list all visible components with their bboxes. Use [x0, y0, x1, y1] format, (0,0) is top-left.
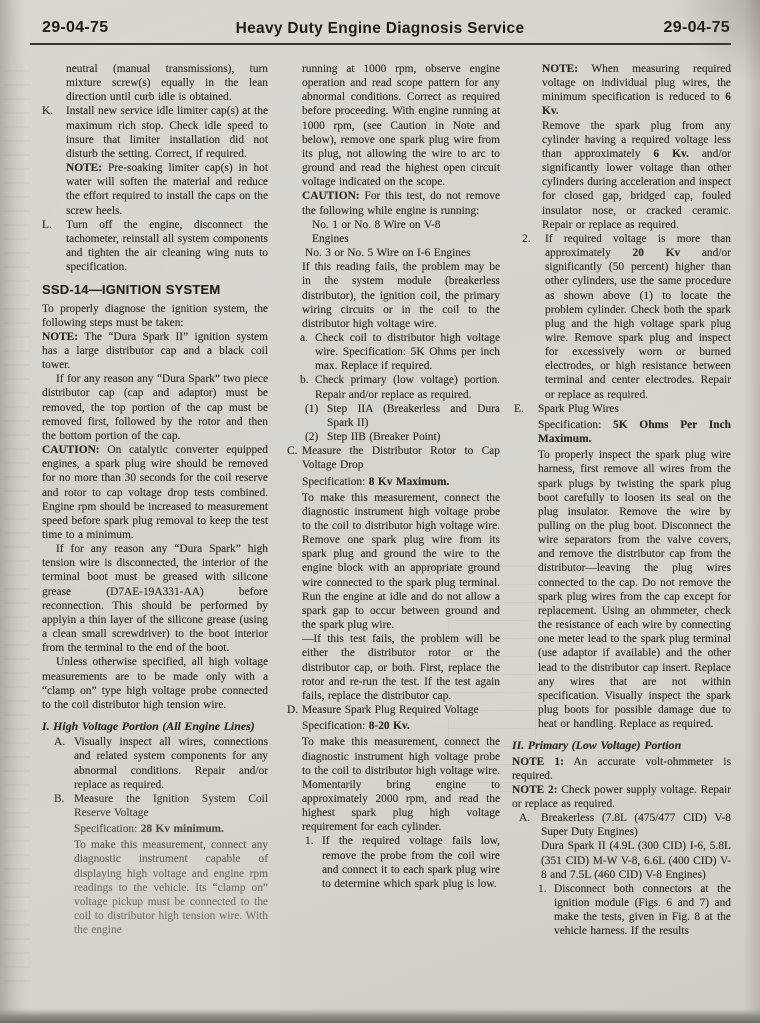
- text-run: —If this test fails, the problem will be…: [302, 633, 500, 702]
- text-run: Measure the Ignition System Coil Reserve…: [74, 793, 268, 819]
- item-label: 2.: [522, 232, 531, 246]
- text-run: Spark Plug Wires: [538, 403, 619, 415]
- text-run: Step IIB (Breaker Point): [327, 431, 440, 443]
- item-label: a.: [300, 331, 308, 345]
- list-item: K.Install new service idle limiter cap(s…: [66, 104, 268, 161]
- text-run: No. 1 or No. 8 Wire on V-8Engines: [312, 219, 441, 245]
- text-run: NOTE 2: Check power supply voltage. Repa…: [512, 784, 731, 810]
- item-label: B.: [54, 792, 64, 806]
- paragraph: CAUTION: On catalytic converter equipped…: [42, 443, 268, 542]
- text-run: Specification: 8 Kv Maximum.: [302, 476, 449, 488]
- text-run: If required voltage is more than approxi…: [545, 233, 731, 401]
- list-item: C.Measure the Distributor Rotor to Cap V…: [302, 444, 500, 472]
- text-run: running at 1000 rpm, observe engine oper…: [302, 63, 500, 188]
- list-item: E.Spark Plug Wires: [538, 402, 731, 416]
- bleed-through-ghost-left: [4, 70, 30, 990]
- paragraph: To make this measurement, connect the di…: [302, 491, 500, 633]
- list-item: b.Check primary (low voltage) portion. R…: [315, 373, 500, 401]
- section-heading: SSD-14—IGNITION SYSTEM: [42, 283, 268, 297]
- subsection-heading: I. High Voltage Portion (All Engine Line…: [42, 719, 268, 733]
- paragraph: No. 1 or No. 8 Wire on V-8Engines: [312, 218, 500, 246]
- text-run: NOTE: The “Dura Spark II” ignition syste…: [42, 331, 268, 371]
- paragraph: Specification: 8 Kv Maximum.: [302, 475, 500, 489]
- list-item: a.Check coil to distributor high voltage…: [315, 331, 500, 373]
- text-run: Step IIA (Breakerless and Dura Spark II): [327, 403, 500, 429]
- text-run: If for any reason any “Dura Spark” high …: [42, 543, 268, 654]
- text-run: To make this measurement, connect any di…: [74, 839, 268, 936]
- text-run: Visually inspect all wires, connections …: [74, 736, 268, 790]
- paragraph: NOTE: The “Dura Spark II” ignition syste…: [42, 330, 268, 372]
- text-run: To make this measurement, connect the di…: [302, 492, 500, 631]
- list-item: A.Breakerless (7.8L (475/477 CID) V-8 Su…: [541, 811, 731, 839]
- text-run: If the required voltage fails low, remov…: [322, 835, 500, 889]
- item-label: (2): [305, 430, 318, 444]
- paragraph: NOTE 2: Check power supply voltage. Repa…: [512, 783, 731, 811]
- header-rule: [30, 43, 731, 45]
- list-item: (2)Step IIB (Breaker Point): [327, 430, 500, 444]
- text-run: Check coil to distributor high voltage w…: [315, 332, 500, 372]
- item-label: E.: [514, 402, 524, 416]
- item-label: C.: [287, 444, 297, 458]
- paragraph: If for any reason any “Dura Spark” high …: [42, 542, 268, 655]
- page-header: 29-04-75 Heavy Duty Engine Diagnosis Ser…: [0, 17, 760, 43]
- paragraph: CAUTION: For this test, do not remove th…: [302, 189, 500, 217]
- text-run: NOTE: When measuring required voltage on…: [542, 63, 731, 117]
- list-item: L.Turn off the engine, disconnect the ta…: [66, 218, 268, 275]
- text-run: Check primary (low voltage) portion. Rep…: [315, 374, 500, 400]
- list-item: (1)Step IIA (Breakerless and Dura Spark …: [327, 402, 500, 430]
- text-run: Install new service idle limiter cap(s) …: [66, 105, 268, 159]
- paragraph: To properly diagnose the ignition system…: [42, 302, 268, 330]
- list-item: 2.If required voltage is more than appro…: [545, 232, 731, 402]
- page-title: Heavy Duty Engine Diagnosis Service: [0, 20, 760, 38]
- text-run: To make this measurement, connect the di…: [302, 736, 500, 833]
- text-run: SSD-14—IGNITION SYSTEM: [42, 282, 220, 297]
- text-run: Unless otherwise specified, all high vol…: [42, 656, 268, 710]
- text-run: To properly inspect the spark plug wire …: [538, 449, 731, 730]
- text-run: I. High Voltage Portion (All Engine Line…: [42, 719, 255, 733]
- item-label: K.: [42, 104, 53, 118]
- text-run: If for any reason any “Dura Spark” two p…: [42, 373, 268, 442]
- paragraph: neutral (manual transmissions), turn mix…: [66, 62, 268, 104]
- column-2: running at 1000 rpm, observe engine oper…: [287, 62, 500, 891]
- paragraph: Specification: 8-20 Kv.: [302, 719, 500, 733]
- text-run: II. Primary (Low Voltage) Portion: [512, 738, 681, 752]
- text-run: Measure the Distributor Rotor to Cap Vol…: [302, 445, 500, 471]
- paragraph: NOTE: When measuring required voltage on…: [542, 62, 731, 119]
- paragraph: —If this test fails, the problem will be…: [302, 632, 500, 703]
- text-run: NOTE 1: An accurate volt-ohmmeter is req…: [512, 756, 731, 782]
- paragraph: To properly inspect the spark plug wire …: [538, 448, 731, 731]
- text-run: CAUTION: On catalytic converter equipped…: [42, 444, 268, 541]
- text-run: To properly diagnose the ignition system…: [42, 303, 268, 329]
- page-code-right: 29-04-75: [664, 19, 730, 37]
- paragraph: If this reading fails, the problem may b…: [302, 260, 500, 331]
- item-label: A.: [54, 735, 65, 749]
- text-run: Dura Spark II (4.9L (300 CID) I-6, 5.8L …: [541, 840, 731, 880]
- text-run: Breakerless (7.8L (475/477 CID) V-8 Supe…: [541, 812, 731, 838]
- text-run: Turn off the engine, disconnect the tach…: [66, 219, 268, 273]
- paragraph: Specification: 28 Kv minimum.: [74, 822, 268, 836]
- item-label: 1.: [538, 882, 547, 896]
- paragraph: Specification: 5K Ohms Per Inch Maximum.: [538, 418, 731, 446]
- text-run: Specification: 5K Ohms Per Inch Maximum.: [538, 419, 731, 445]
- column-1: neutral (manual transmissions), turn mix…: [42, 62, 268, 937]
- text-run: Specification: 8-20 Kv.: [302, 720, 410, 732]
- scan-shadow-right: [744, 0, 760, 1023]
- paragraph: If for any reason any “Dura Spark” two p…: [42, 372, 268, 443]
- paragraph: To make this measurement, connect the di…: [302, 735, 500, 834]
- item-label: L.: [42, 218, 52, 232]
- manual-page: 29-04-75 Heavy Duty Engine Diagnosis Ser…: [0, 0, 760, 1023]
- paragraph: Dura Spark II (4.9L (300 CID) I-6, 5.8L …: [541, 839, 731, 881]
- text-run: CAUTION: For this test, do not remove th…: [302, 190, 500, 216]
- list-item: A.Visually inspect all wires, connection…: [74, 735, 268, 792]
- item-label: 1.: [305, 834, 314, 848]
- list-item: D.Measure Spark Plug Required Voltage: [302, 703, 500, 717]
- paragraph: No. 3 or No. 5 Wire on I-6 Engines: [305, 246, 500, 260]
- text-run: Specification: 28 Kv minimum.: [74, 823, 224, 835]
- list-item: B.Measure the Ignition System Coil Reser…: [74, 792, 268, 820]
- item-label: (1): [305, 402, 318, 416]
- paragraph: Remove the spark plug from any cylinder …: [542, 119, 731, 232]
- scan-shadow-left: [0, 0, 26, 1023]
- list-item: 1.If the required voltage fails low, rem…: [322, 834, 500, 891]
- column-3: NOTE: When measuring required voltage on…: [512, 62, 731, 939]
- item-label: D.: [287, 703, 298, 717]
- scan-shadow-bottom: [0, 1009, 760, 1023]
- text-run: No. 3 or No. 5 Wire on I-6 Engines: [305, 247, 470, 259]
- paragraph: Unless otherwise specified, all high vol…: [42, 655, 268, 712]
- subsection-heading: II. Primary (Low Voltage) Portion: [512, 738, 731, 752]
- text-run: neutral (manual transmissions), turn mix…: [66, 63, 268, 103]
- list-item: 1.Disconnect both connectors at the igni…: [554, 882, 731, 939]
- paragraph: NOTE 1: An accurate volt-ohmmeter is req…: [512, 755, 731, 783]
- item-label: b.: [300, 373, 309, 387]
- paragraph: NOTE: Pre-soaking limiter cap(s) in hot …: [66, 161, 268, 218]
- text-run: Measure Spark Plug Required Voltage: [302, 704, 479, 716]
- item-label: A.: [519, 811, 530, 825]
- text-run: If this reading fails, the problem may b…: [302, 261, 500, 330]
- text-run: NOTE: Pre-soaking limiter cap(s) in hot …: [66, 162, 268, 216]
- paragraph: running at 1000 rpm, observe engine oper…: [302, 62, 500, 189]
- text-run: Disconnect both connectors at the igniti…: [554, 883, 731, 937]
- text-run: Remove the spark plug from any cylinder …: [542, 120, 731, 231]
- paragraph: To make this measurement, connect any di…: [74, 838, 268, 937]
